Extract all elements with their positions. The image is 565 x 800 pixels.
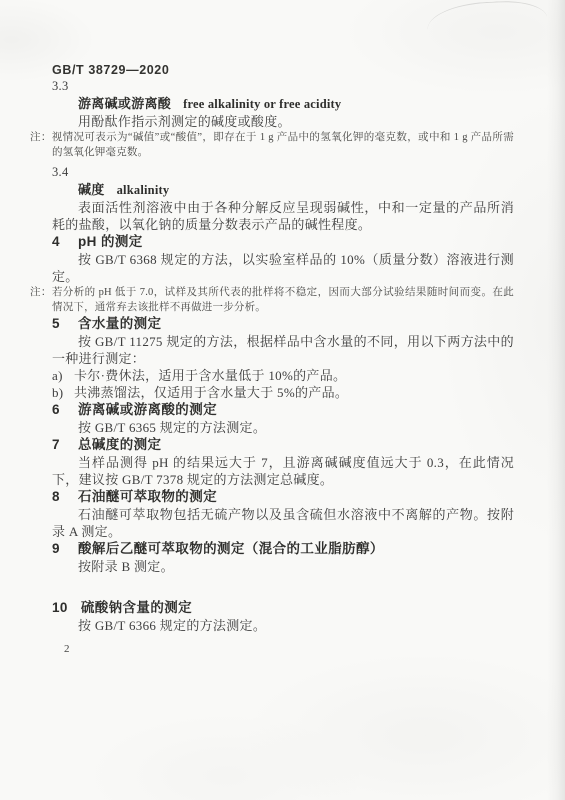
clause-paragraph: 当样品测得 pH 的结果远大于 7，且游离碱碱度值远大于 0.3，在此情况下，建… [52,454,514,488]
clause-number: 5 [52,315,65,333]
clause-number: 10 [52,599,68,617]
clause-title: 酸解后乙醚可萃取物的测定（混合的工业脂肪醇） [78,541,384,556]
clause-heading: 7总碱度的测定 [52,436,514,454]
clause-title: 石油醚可萃取物的测定 [78,489,217,504]
document-content: GB/T 38729—2020 3.3 游离碱或游离酸free alkalini… [52,62,514,657]
clause-number: 7 [52,436,65,454]
page-number: 2 [52,642,514,657]
clause-title: 硫酸钠含量的测定 [81,600,192,615]
list-item: a)卡尔·费休法，适用于含水量低于 10%的产品。 [52,367,514,384]
clause-number: 4 [52,233,65,251]
term-definition: 表面活性剂溶液中由于各种分解反应呈现弱碱性，中和一定量的产品所消耗的盐酸，以氧化… [52,199,514,233]
clause-paragraph: 按 GB/T 6368 规定的方法，以实验室样品的 10%（质量分数）溶液进行测… [52,251,514,285]
clause-number: 9 [52,540,65,558]
list-text: 卡尔·费休法，适用于含水量低于 10%的产品。 [74,368,346,383]
clause-heading: 4pH 的测定 [52,233,514,251]
list-item: b)共沸蒸馏法，仅适用于含水量大于 5%的产品。 [52,384,514,401]
clause-paragraph: 按 GB/T 6365 规定的方法测定。 [52,419,514,436]
clause-heading: 8石油醚可萃取物的测定 [52,488,514,506]
clause-heading: 5含水量的测定 [52,315,514,333]
term-number: 3.4 [52,164,514,181]
term-title: 碱度alkalinity [52,181,514,199]
clause-number: 6 [52,401,65,419]
clause-heading: 9酸解后乙醚可萃取物的测定（混合的工业脂肪醇） [52,540,514,558]
clause-paragraph: 按 GB/T 11275 规定的方法，根据样品中含水量的不同，用以下两方法中的一… [52,333,514,367]
clause-title: 含水量的测定 [78,316,161,331]
clause-number: 8 [52,488,65,506]
paper-page: GB/T 38729—2020 3.3 游离碱或游离酸free alkalini… [0,0,565,800]
term-title-zh: 碱度 [78,182,105,197]
list-marker: a) [52,367,66,384]
clause-paragraph: 按附录 B 测定。 [52,558,514,575]
clause-heading: 10硫酸钠含量的测定 [52,599,514,617]
doc-number: GB/T 38729—2020 [52,62,514,78]
term-number: 3.3 [52,78,514,95]
clause-note: 注：若分析的 pH 低于 7.0，试样及其所代表的批样将不稳定，因而大部分试验结… [52,285,514,315]
term-note: 注：视情况可表示为“碱值”或“酸值”，即存在于 1 g 产品中的氢氧化钾的毫克数… [52,130,514,160]
scan-wrinkle [426,0,547,32]
clause-paragraph: 按 GB/T 6366 规定的方法测定。 [52,617,514,634]
term-title-zh: 游离碱或游离酸 [78,96,171,111]
clause-paragraph: 石油醚可萃取物包括无硫产物以及虽含硫但水溶液中不离解的产物。按附录 A 测定。 [52,506,514,540]
clause-heading: 6游离碱或游离酸的测定 [52,401,514,419]
term-definition: 用酚酞作指示剂测定的碱度或酸度。 [52,113,514,130]
clause-title: pH 的测定 [78,234,143,249]
term-title-en: alkalinity [117,183,170,197]
term-title-en: free alkalinity or free acidity [183,97,341,111]
clause-title: 游离碱或游离酸的测定 [78,402,217,417]
list-marker: b) [52,384,66,401]
list-text: 共沸蒸馏法，仅适用于含水量大于 5%的产品。 [74,385,348,400]
clause-title: 总碱度的测定 [78,437,161,452]
term-title: 游离碱或游离酸free alkalinity or free acidity [52,95,514,113]
